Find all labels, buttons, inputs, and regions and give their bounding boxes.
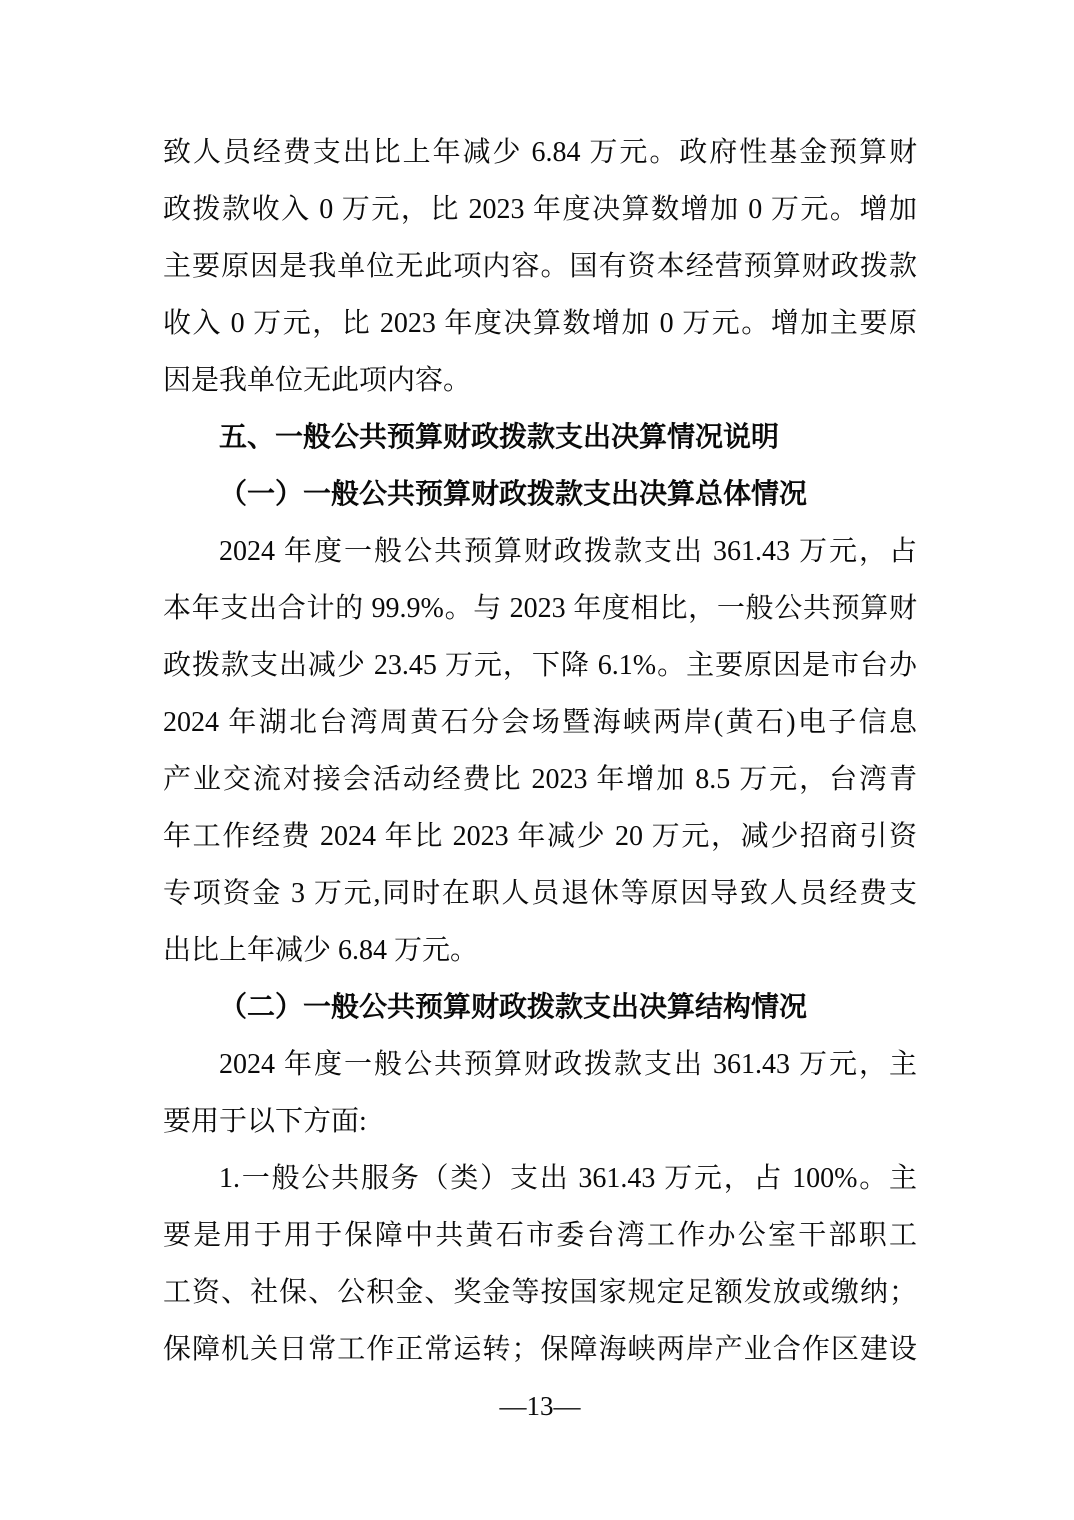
body-line: 致人员经费支出比上年减少 6.84 万元。政府性基金预算财: [163, 124, 917, 181]
document-body: 致人员经费支出比上年减少 6.84 万元。政府性基金预算财 政拨款收入 0 万元…: [163, 124, 917, 1378]
body-line: 2024 年湖北台湾周黄石分会场暨海峡两岸(黄石)电子信息: [163, 694, 917, 751]
body-line: 要是用于用于保障中共黄石市委台湾工作办公室干部职工: [163, 1207, 917, 1264]
body-line: 因是我单位无此项内容。: [163, 352, 917, 409]
subsection-heading: （二）一般公共预算财政拨款支出决算结构情况: [163, 979, 917, 1036]
body-line: 出比上年减少 6.84 万元。: [163, 922, 917, 979]
page-number: —13—: [163, 1386, 917, 1426]
body-line: 1.一般公共服务（类）支出 361.43 万元，占 100%。主: [163, 1150, 917, 1207]
body-line: 年工作经费 2024 年比 2023 年减少 20 万元，减少招商引资: [163, 808, 917, 865]
body-line: 本年支出合计的 99.9%。与 2023 年度相比，一般公共预算财: [163, 580, 917, 637]
body-line: 2024 年度一般公共预算财政拨款支出 361.43 万元，主: [163, 1036, 917, 1093]
body-line: 产业交流对接会活动经费比 2023 年增加 8.5 万元，台湾青: [163, 751, 917, 808]
body-line: 工资、社保、公积金、奖金等按国家规定足额发放或缴纳；: [163, 1264, 917, 1321]
body-line: 政拨款收入 0 万元，比 2023 年度决算数增加 0 万元。增加: [163, 181, 917, 238]
subsection-heading: （一）一般公共预算财政拨款支出决算总体情况: [163, 466, 917, 523]
body-line: 2024 年度一般公共预算财政拨款支出 361.43 万元，占: [163, 523, 917, 580]
body-line: 保障机关日常工作正常运转；保障海峡两岸产业合作区建设: [163, 1321, 917, 1378]
body-line: 主要原因是我单位无此项内容。国有资本经营预算财政拨款: [163, 238, 917, 295]
body-line: 政拨款支出减少 23.45 万元，下降 6.1%。主要原因是市台办: [163, 637, 917, 694]
section-heading: 五、一般公共预算财政拨款支出决算情况说明: [163, 409, 917, 466]
body-line: 专项资金 3 万元,同时在职人员退休等原因导致人员经费支: [163, 865, 917, 922]
document-page: 致人员经费支出比上年减少 6.84 万元。政府性基金预算财 政拨款收入 0 万元…: [0, 0, 1074, 1520]
body-line: 收入 0 万元，比 2023 年度决算数增加 0 万元。增加主要原: [163, 295, 917, 352]
body-line: 要用于以下方面:: [163, 1093, 917, 1150]
